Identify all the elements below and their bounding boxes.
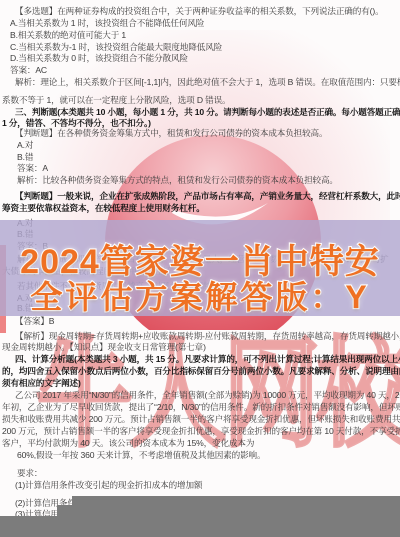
doc-line: 乙公司 2017 年采用“N/30”的信用条件，全年销售额(全部为赊销)为 10… — [15, 390, 400, 401]
doc-line: 年初，乙企业为了尽早收回货款，提出了“2/10，N/30”的信用条件。新的折扣条… — [2, 402, 400, 413]
doc-line: D.当相关系数为 0 时，该投资组合不能分散风险 — [10, 53, 188, 64]
doc-line: 【解析】现金周转期=存货周转期+应收账款周转期-应付账款周转期，存货周转率越高，… — [15, 331, 400, 342]
redaction-bar-bottom — [0, 516, 400, 537]
doc-line: B.错 — [17, 152, 33, 163]
doc-line: 答案：A — [17, 163, 48, 174]
doc-line: 答案：AC — [10, 65, 47, 76]
doc-line: 解析：理论上，相关系数介于区间[-1,1]内，因此绝对值不会大于 1，选项 B … — [15, 77, 400, 88]
redaction-bar-small — [57, 505, 73, 517]
doc-line: 筹资主要依靠权益资本，在较低程度上使用财务杠杆。 — [2, 203, 205, 214]
doc-line: B.相关系数的绝对值可能大于 1 — [10, 30, 126, 41]
doc-line: 损失和收账费用共减少 200 万元。预计占销售额一半的客户将享受现金折扣优惠，但… — [2, 414, 400, 425]
doc-line: A.对 — [17, 140, 33, 151]
doc-line: 解析：比较各种债务资金筹集方式的特点，租赁和发行公司债券的资本成本负担较高。 — [17, 175, 338, 186]
doc-line: 【判断题】在各种债务资金筹集方式中，租赁和发行公司债券的资本成本负担较高。 — [15, 128, 327, 139]
doc-line: 【判断题】一般来说，企业在扩张成熟阶段，产品市场占有率高，产销业务量大，经营杠杆… — [15, 191, 400, 202]
doc-line: 四、计算分析题(本类题共 3 小题，共 15 分。凡要求计算的，可不列出计算过程… — [15, 354, 400, 365]
exam-answers-page: 牛人网校 【多选题】在两种证券构成的投资组合中，关于两种证券收益率的相关系数，下… — [0, 0, 400, 537]
doc-line: 现金周转期越小。【知识点】现金收支日常管理(第七章) — [2, 342, 206, 353]
doc-line: 客户，平均付款期为 40 天。该公司的资本成本为 15%，变化成本为 — [2, 438, 254, 449]
promo-overlay-title-line2: 全评估方案解答版：Y — [0, 272, 400, 318]
doc-line: (1)计算信用条件改变引起的现金折扣成本的增加额 — [15, 480, 202, 491]
doc-line: A.当相关系数为 1 时，该投资组合不能降低任何风险 — [10, 18, 204, 29]
doc-line: 系数不等于 1，就可以在一定程度上分散风险，选项 D 错误。 — [2, 95, 231, 106]
doc-line: 三、判断题(本类题共 10 小题，每小题 1 分，共 10 分。请判断每小题的表… — [15, 107, 400, 118]
doc-line: 须有相应的文字阐述) — [2, 378, 81, 389]
doc-line: 的，均四舍五入保留小数点后两位小数，百分比指标保留百分号前两位小数。凡要求解释、… — [2, 366, 400, 377]
doc-line: 200 万元，预计占销售额一半的客户将享受现金折扣优惠，享受现金折扣的客户均在第… — [2, 426, 400, 437]
doc-line: 【多选题】在两种证券构成的投资组合中，关于两种证券收益率的相关系数，下列说法正确… — [15, 6, 384, 17]
doc-line: C.当相关系数为-1 时，该投资组合能最大限度地降低风险 — [10, 42, 222, 53]
doc-line: 要求： — [17, 468, 42, 479]
doc-line: 60%,假设一年按 360 天来计算，不考虑增值税及其他因素的影响。 — [17, 450, 265, 461]
